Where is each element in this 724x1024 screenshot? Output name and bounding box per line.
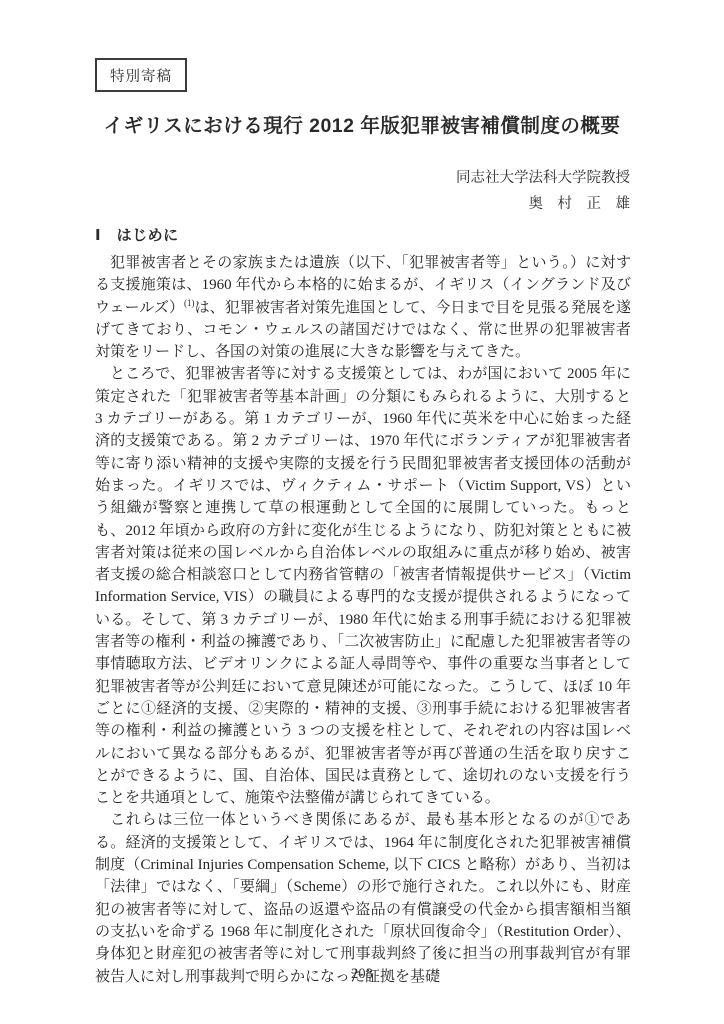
article-title: イギリスにおける現行 2012 年版犯罪被害補償制度の概要	[0, 113, 724, 140]
paragraph-2: ところで、犯罪被害者等に対する支援策としては、わが国において 2005 年に策定…	[95, 363, 631, 809]
special-contribution-badge-label: 特別寄稿	[110, 65, 172, 86]
page-number: 208	[0, 966, 724, 983]
paragraph-3: これらは三位一体というべき関係にあるが、最も基本形となるのが①である。経済的支援…	[95, 809, 631, 987]
footnote-marker-1: (1)	[184, 298, 195, 308]
author-affiliation: 同志社大学法科大学院教授	[456, 165, 630, 191]
byline: 同志社大学法科大学院教授 奥 村 正 雄	[456, 165, 630, 217]
special-contribution-badge: 特別寄稿	[95, 58, 187, 92]
document-page: 特別寄稿 イギリスにおける現行 2012 年版犯罪被害補償制度の概要 同志社大学…	[0, 0, 724, 1024]
author-name: 奥 村 正 雄	[456, 191, 630, 217]
section-heading-hajimeni: Ⅰ はじめに	[95, 224, 179, 245]
paragraph-1: 犯罪被害者とその家族または遺族（以下、「犯罪被害者等」という。）に対する支援施策…	[95, 252, 631, 363]
article-body: 犯罪被害者とその家族または遺族（以下、「犯罪被害者等」という。）に対する支援施策…	[95, 252, 631, 988]
